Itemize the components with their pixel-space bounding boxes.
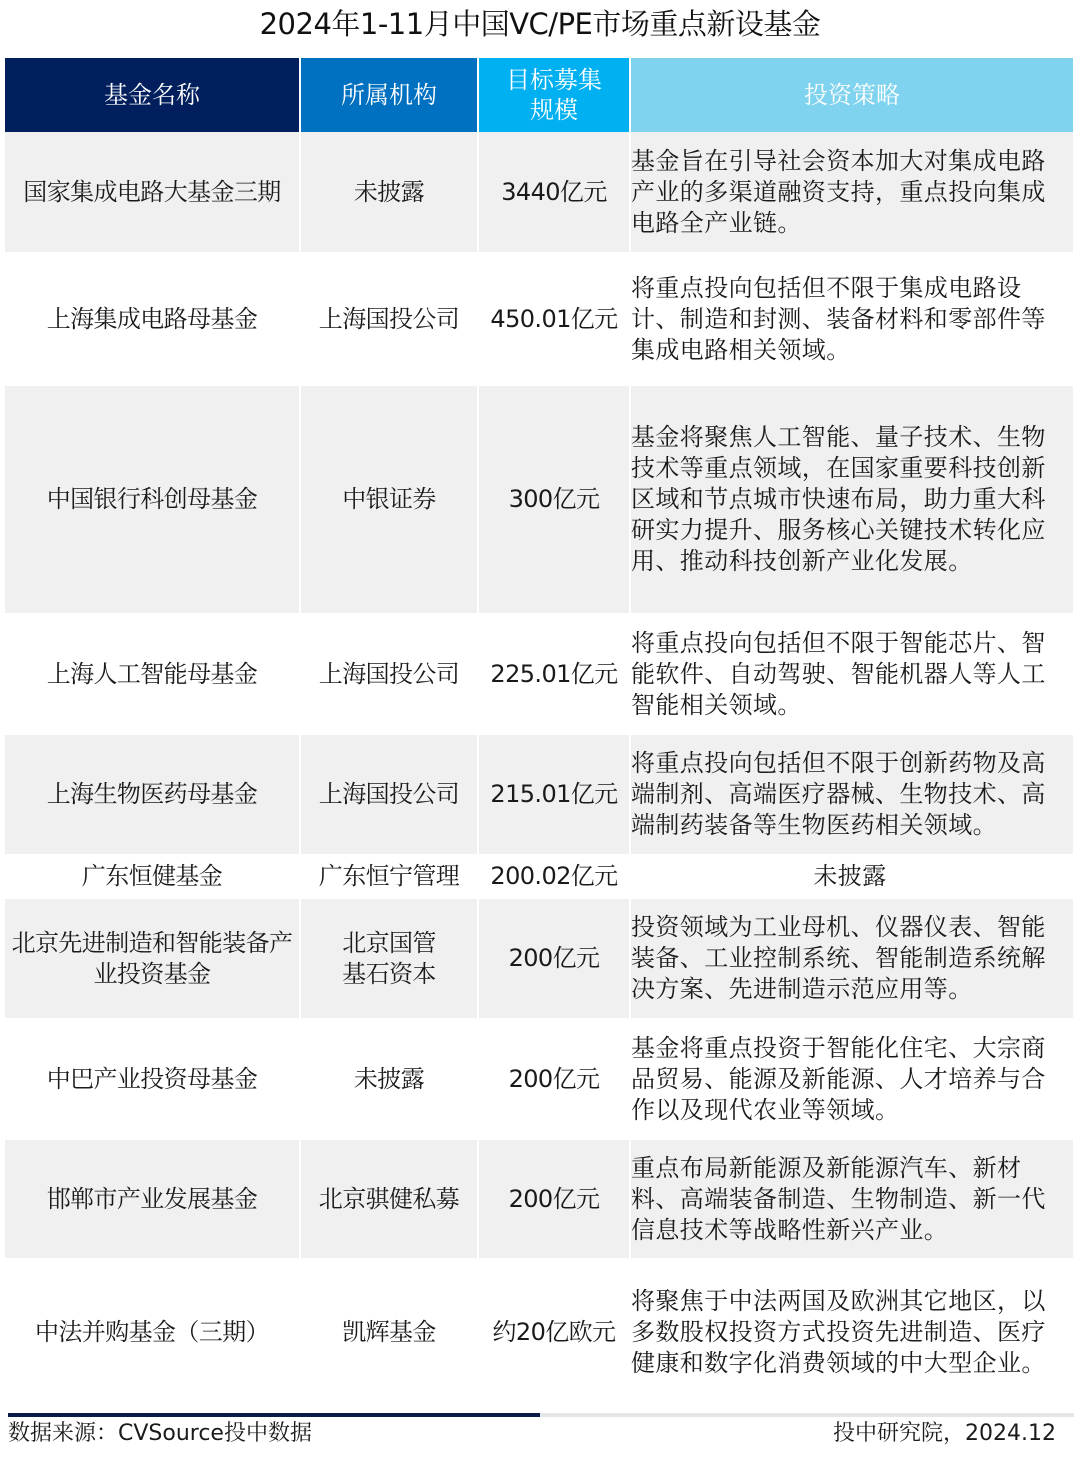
report-credit: 投中研究院，2024.12 xyxy=(833,1419,1056,1449)
cell-strategy: 重点布局新能源及新能源汽车、新材料、高端装备制造、生物制造、新一代信息技术等战略… xyxy=(630,1139,1073,1259)
cell-organization: 上海国投公司 xyxy=(300,253,478,385)
cell-fund-name: 国家集成电路大基金三期 xyxy=(5,132,300,253)
cell-fund-name: 中法并购基金（三期） xyxy=(5,1259,300,1405)
cell-strategy: 基金将聚焦人工智能、量子技术、生物技术等重点领域，在国家重要科技创新区域和节点城… xyxy=(630,385,1073,614)
table-row: 上海集成电路母基金 上海国投公司 450.01亿元 将重点投向包括但不限于集成电… xyxy=(5,253,1073,385)
header-target-size: 目标募集规模 xyxy=(478,58,630,132)
cell-target-size: 225.01亿元 xyxy=(478,614,630,734)
cell-organization: 上海国投公司 xyxy=(300,614,478,734)
data-source: 数据来源：CVSource投中数据 xyxy=(8,1419,312,1449)
cell-organization: 广东恒宁管理 xyxy=(300,855,478,898)
cell-strategy: 投资领域为工业母机、仪器仪表、智能装备、工业控制系统、智能制造系统解决方案、先进… xyxy=(630,898,1073,1019)
table-row: 中国银行科创母基金 中银证券 300亿元 基金将聚焦人工智能、量子技术、生物技术… xyxy=(5,385,1073,614)
cell-organization: 北京骐健私募 xyxy=(300,1139,478,1259)
cell-organization: 北京国管基石资本 xyxy=(300,898,478,1019)
cell-strategy: 基金旨在引导社会资本加大对集成电路产业的多渠道融资支持，重点投向集成电路全产业链… xyxy=(630,132,1073,253)
header-organization: 所属机构 xyxy=(300,58,478,132)
cell-organization: 凯辉基金 xyxy=(300,1259,478,1405)
cell-fund-name: 中国银行科创母基金 xyxy=(5,385,300,614)
cell-target-size: 215.01亿元 xyxy=(478,734,630,855)
header-target-size-label: 目标募集规模 xyxy=(499,65,609,125)
cell-fund-name: 上海生物医药母基金 xyxy=(5,734,300,855)
table-row: 中法并购基金（三期） 凯辉基金 约20亿欧元 将聚焦于中法两国及欧洲其它地区，以… xyxy=(5,1259,1073,1405)
header-strategy: 投资策略 xyxy=(630,58,1073,132)
cell-target-size: 3440亿元 xyxy=(478,132,630,253)
footer-divider-accent xyxy=(8,1413,540,1417)
table-row: 中巴产业投资母基金 未披露 200亿元 基金将重点投资于智能化住宅、大宗商品贸易… xyxy=(5,1019,1073,1139)
table-row: 邯郸市产业发展基金 北京骐健私募 200亿元 重点布局新能源及新能源汽车、新材料… xyxy=(5,1139,1073,1259)
cell-strategy: 将重点投向包括但不限于智能芯片、智能软件、自动驾驶、智能机器人等人工智能相关领域… xyxy=(630,614,1073,734)
footer-divider xyxy=(8,1413,1074,1417)
cell-organization: 未披露 xyxy=(300,1019,478,1139)
table-row: 广东恒健基金 广东恒宁管理 200.02亿元 未披露 xyxy=(5,855,1073,898)
cell-target-size: 200亿元 xyxy=(478,898,630,1019)
cell-fund-name: 中巴产业投资母基金 xyxy=(5,1019,300,1139)
cell-strategy: 将重点投向包括但不限于创新药物及高端制剂、高端医疗器械、生物技术、高端制药装备等… xyxy=(630,734,1073,855)
cell-strategy: 将重点投向包括但不限于集成电路设计、制造和封测、装备材料和零部件等集成电路相关领… xyxy=(630,253,1073,385)
funds-table: 基金名称 所属机构 目标募集规模 投资策略 国家集成电路大基金三期 未披露 34… xyxy=(5,58,1073,1406)
cell-strategy: 基金将重点投资于智能化住宅、大宗商品贸易、能源及新能源、人才培养与合作以及现代农… xyxy=(630,1019,1073,1139)
cell-fund-name: 广东恒健基金 xyxy=(5,855,300,898)
table-row: 上海人工智能母基金 上海国投公司 225.01亿元 将重点投向包括但不限于智能芯… xyxy=(5,614,1073,734)
cell-fund-name: 上海人工智能母基金 xyxy=(5,614,300,734)
cell-target-size: 300亿元 xyxy=(478,385,630,614)
table-row: 国家集成电路大基金三期 未披露 3440亿元 基金旨在引导社会资本加大对集成电路… xyxy=(5,132,1073,253)
table-row: 北京先进制造和智能装备产业投资基金 北京国管基石资本 200亿元 投资领域为工业… xyxy=(5,898,1073,1019)
cell-fund-name: 北京先进制造和智能装备产业投资基金 xyxy=(5,898,300,1019)
cell-fund-name: 上海集成电路母基金 xyxy=(5,253,300,385)
cell-target-size: 200.02亿元 xyxy=(478,855,630,898)
cell-organization-label: 北京国管基石资本 xyxy=(334,928,444,990)
header-fund-name: 基金名称 xyxy=(5,58,300,132)
cell-target-size: 200亿元 xyxy=(478,1019,630,1139)
cell-organization: 中银证券 xyxy=(300,385,478,614)
cell-organization: 上海国投公司 xyxy=(300,734,478,855)
cell-target-size: 约20亿欧元 xyxy=(478,1259,630,1405)
page-title: 2024年1-11月中国VC/PE市场重点新设基金 xyxy=(0,4,1080,44)
table-header-row: 基金名称 所属机构 目标募集规模 投资策略 xyxy=(5,58,1073,132)
table-row: 上海生物医药母基金 上海国投公司 215.01亿元 将重点投向包括但不限于创新药… xyxy=(5,734,1073,855)
cell-strategy: 将聚焦于中法两国及欧洲其它地区，以多数股权投资方式投资先进制造、医疗健康和数字化… xyxy=(630,1259,1073,1405)
cell-target-size: 450.01亿元 xyxy=(478,253,630,385)
cell-target-size: 200亿元 xyxy=(478,1139,630,1259)
cell-strategy: 未披露 xyxy=(630,855,1073,898)
cell-organization: 未披露 xyxy=(300,132,478,253)
cell-fund-name: 邯郸市产业发展基金 xyxy=(5,1139,300,1259)
